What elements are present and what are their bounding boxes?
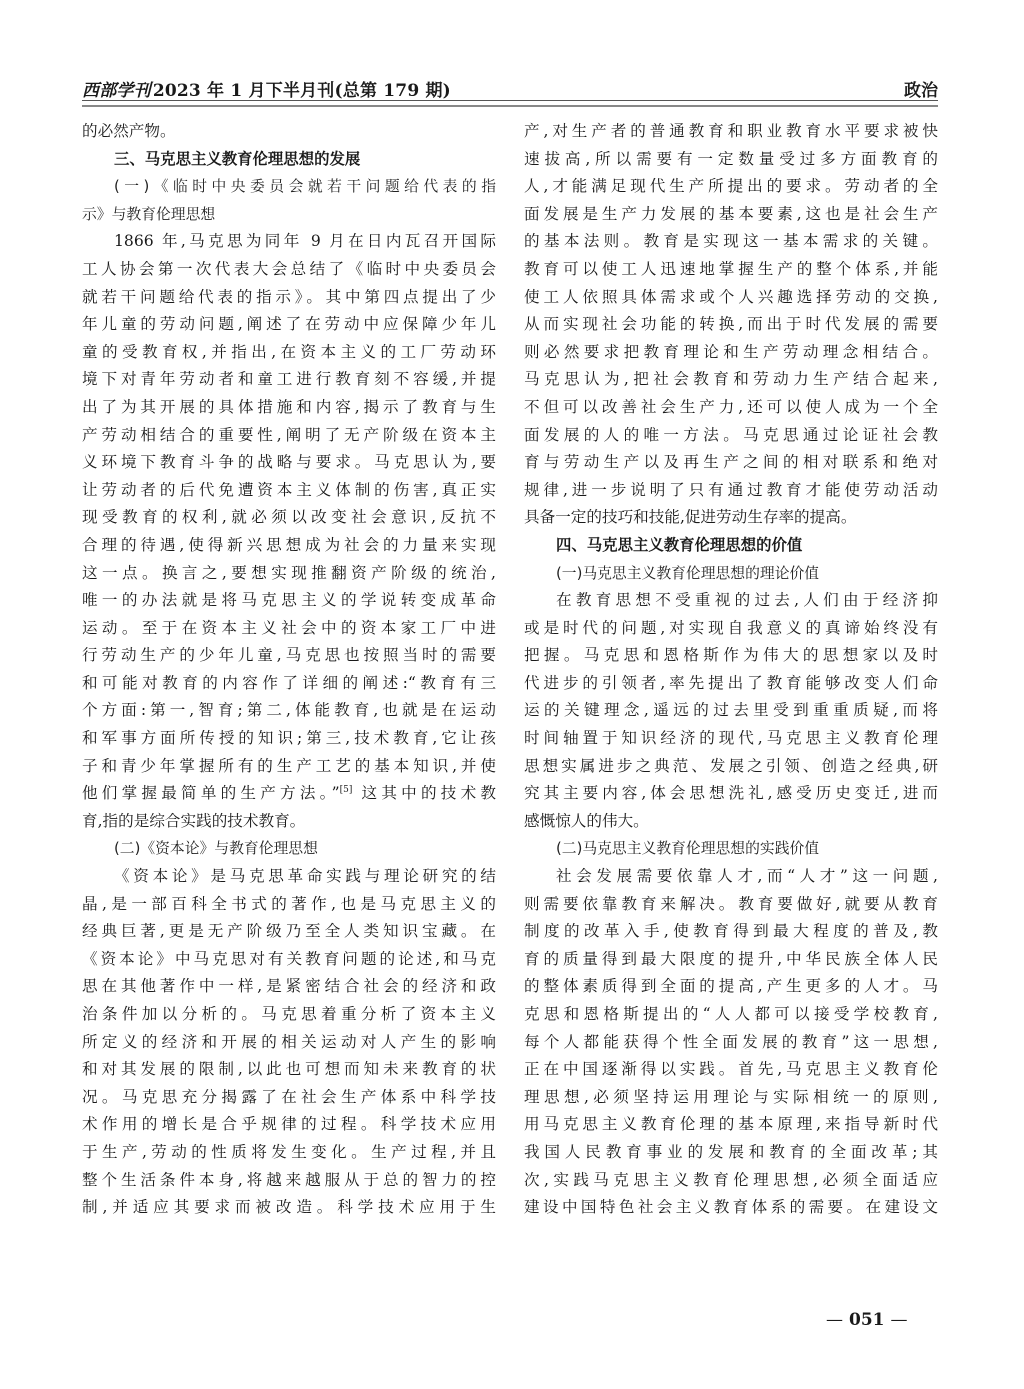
text-line: 《资本论》中马克思对有关教育问题的论述,和马克 [82, 946, 496, 974]
text-line: 他们掌握最简单的生产方法。”[5] 这其中的技术教 [82, 780, 496, 808]
text-line: 人,才能满足现代生产所提出的要求。劳动者的全 [524, 173, 938, 201]
text-line: 从而实现社会功能的转换,而出于时代发展的需要 [524, 311, 938, 339]
text-line: 的必然产物。 [82, 118, 496, 146]
text-line: 面发展是生产力发展的基本要素,这也是社会生产 [524, 201, 938, 229]
text-line: 思在其他著作中一样,是紧密结合社会的经济和政 [82, 973, 496, 1001]
text-line: 术作用的增长是合乎规律的过程。科学技术应用 [82, 1111, 496, 1139]
text-line: 治条件加以分析的。马克思着重分析了资本主义 [82, 1001, 496, 1029]
text-line: 思想实属进步之典范、发展之引领、创造之经典,研 [524, 753, 938, 781]
text-line: 经典巨著,更是无产阶级乃至全人类知识宝藏。在 [82, 918, 496, 946]
text-line: 育与劳动生产以及再生产之间的相对联系和绝对 [524, 449, 938, 477]
text-line: 代进步的引领者,率先提出了教育能够改变人们命 [524, 670, 938, 698]
text-line: 所定义的经济和开展的相关运动对人产生的影响 [82, 1029, 496, 1057]
text-line: 感慨惊人的伟大。 [524, 808, 938, 836]
text-line: 就若干问题给代表的指示》。其中第四点提出了少 [82, 284, 496, 312]
text-line: 社会发展需要依靠人才,而“人才”这一问题, [524, 863, 938, 891]
text-line: 我国人民教育事业的发展和教育的全面改革;其 [524, 1139, 938, 1167]
text-line: 时间轴置于知识经济的现代,马克思主义教育伦理 [524, 725, 938, 753]
text-line: 究其主要内容,体会思想洗礼,感受历史变迁,进而 [524, 780, 938, 808]
text-line: 童的受教育权,并指出,在资本主义的工厂劳动环 [82, 339, 496, 367]
text-line: 的整体素质得到全面的提高,产生更多的人才。马 [524, 973, 938, 1001]
text-line: 工人协会第一次代表大会总结了《临时中央委员会 [82, 256, 496, 284]
text-line: 制度的改革入手,使教育得到最大程度的普及,教 [524, 918, 938, 946]
section-heading: 三、马克思主义教育伦理思想的发展 [82, 146, 496, 174]
quote-text: 他们掌握最简单的生产方法。” [82, 784, 340, 802]
text-line: 则必然要求把教育理论和生产劳动理念相结合。 [524, 339, 938, 367]
text-line: 制,并适应其要求而被改造。科学技术应用于生 [82, 1194, 496, 1222]
text-line: 合理的待遇,使得新兴思想成为社会的力量来实现 [82, 532, 496, 560]
text-line: 产,对生产者的普通教育和职业教育水平要求被快 [524, 118, 938, 146]
text-line: 具备一定的技巧和技能,促进劳动生存率的提高。 [524, 504, 938, 532]
text-line: 面发展的人的唯一方法。马克思通过论证社会教 [524, 422, 938, 450]
text-line: 《资本论》是马克思革命实践与理论研究的结 [82, 863, 496, 891]
text-line: 建设中国特色社会主义教育体系的需要。在建设文 [524, 1194, 938, 1222]
text-line: 现受教育的权利,就必须以改变社会意识,反抗不 [82, 504, 496, 532]
text-line: 把握。马克思和恩格斯作为伟大的思想家以及时 [524, 642, 938, 670]
text-line: 于生产,劳动的性质将发生变化。生产过程,并且 [82, 1139, 496, 1167]
subsection-heading: 示》与教育伦理思想 [82, 201, 496, 229]
right-column: 产,对生产者的普通教育和职业教育水平要求被快速拔高,所以需要有一定数量受过多方面… [524, 118, 938, 1222]
journal-logo: 西部学刊 [82, 81, 151, 101]
text-line: 境下对青年劳动者和童工进行教育刻不容缓,并提 [82, 366, 496, 394]
text-line: 唯一的办法就是将马克思主义的学说转变成革命 [82, 587, 496, 615]
text-line: 速拔高,所以需要有一定数量受过多方面教育的 [524, 146, 938, 174]
left-column: 的必然产物。三、马克思主义教育伦理思想的发展(一)《临时中央委员会就若干问题给代… [82, 118, 496, 1222]
text-line: 克思和恩格斯提出的“人人都可以接受学校教育, [524, 1001, 938, 1029]
text-after-citation: 这其中的技术教 [362, 784, 496, 802]
text-line: 运的关键理念,遥远的过去里受到重重质疑,而将 [524, 697, 938, 725]
text-line: 和可能对教育的内容作了详细的阐述:“教育有三 [82, 670, 496, 698]
text-line: 让劳动者的后代免遭资本主义体制的伤害,真正实 [82, 477, 496, 505]
text-line: 年儿童的劳动问题,阐述了在劳动中应保障少年儿 [82, 311, 496, 339]
text-line: 义环境下教育斗争的战略与要求。马克思认为,要 [82, 449, 496, 477]
text-line: 这一点。换言之,要想实现推翻资产阶级的统治, [82, 560, 496, 588]
text-line: 使工人依照具体需求或个人兴趣选择劳动的交换, [524, 284, 938, 312]
text-line: 和军事方面所传授的知识;第三,技术教育,它让孩 [82, 725, 496, 753]
subsection-heading: (二)马克思主义教育伦理思想的实践价值 [524, 835, 938, 863]
text-line: 理思想,必须坚持运用理论与实际相统一的原则, [524, 1084, 938, 1112]
text-line: 整个生活条件本身,将越来越服从于总的智力的控 [82, 1167, 496, 1195]
text-line: 在教育思想不受重视的过去,人们由于经济抑 [524, 587, 938, 615]
text-line: 出了为其开展的具体措施和内容,揭示了教育与生 [82, 394, 496, 422]
text-line: 产劳动相结合的重要性,阐明了无产阶级在资本主 [82, 422, 496, 450]
section-heading: 四、马克思主义教育伦理思想的价值 [524, 532, 938, 560]
text-line: 子和青少年掌握所有的生产工艺的基本知识,并使 [82, 753, 496, 781]
text-line: 用马克思主义教育伦理的基本原理,来指导新时代 [524, 1111, 938, 1139]
dash-right: — [891, 1310, 908, 1330]
text-line: 或是时代的问题,对实现自我意义的真谛始终没有 [524, 615, 938, 643]
text-line: 不但可以改善社会生产力,还可以使人成为一个全 [524, 394, 938, 422]
text-line: 正在中国逐渐得以实践。首先,马克思主义教育伦 [524, 1056, 938, 1084]
text-line: 况。马克思充分揭露了在社会生产体系中科学技 [82, 1084, 496, 1112]
text-line: 的基本法则。教育是实现这一基本需求的关键。 [524, 228, 938, 256]
text-line: 个方面:第一,智育;第二,体能教育,也就是在运动 [82, 697, 496, 725]
page-footer: —051— [820, 1310, 914, 1330]
journal-issue-info: 西部学刊2023 年 1 月下半月刊(总第 179 期) [82, 76, 451, 101]
text-line: 和对其发展的限制,以此也可想而知未来教育的状 [82, 1056, 496, 1084]
dash-left: — [826, 1310, 843, 1330]
text-line: 运动。至于在资本主义社会中的资本家工厂中进 [82, 615, 496, 643]
text-line: 次,实践马克思主义教育伦理思想,必须全面适应 [524, 1167, 938, 1195]
subsection-heading: (一)《临时中央委员会就若干问题给代表的指 [82, 173, 496, 201]
text-line: 教育可以使工人迅速地掌握生产的整个体系,并能 [524, 256, 938, 284]
text-line: 1866 年,马克思为同年 9 月在日内瓦召开国际 [82, 228, 496, 256]
citation-reference: [5] [340, 785, 353, 795]
page-number: 051 [849, 1310, 885, 1330]
text-line: 则需要依靠教育来解决。教育要做好,就要从教育 [524, 891, 938, 919]
text-line: 马克思认为,把社会教育和劳动力生产结合起来, [524, 366, 938, 394]
text-line: 晶,是一部百科全书式的著作,也是马克思主义的 [82, 891, 496, 919]
section-label: 政治 [904, 76, 938, 101]
text-line: 育的质量得到最大限度的提升,中华民族全体人民 [524, 946, 938, 974]
text-line: 行劳动生产的少年儿童,马克思也按照当时的需要 [82, 642, 496, 670]
text-line: 育,指的是综合实践的技术教育。 [82, 808, 496, 836]
issue-label: 2023 年 1 月下半月刊(总第 179 期) [153, 81, 451, 101]
subsection-heading: (一)马克思主义教育伦理思想的理论价值 [524, 560, 938, 588]
header-rule [82, 100, 938, 107]
text-line: 规律,进一步说明了只有通过教育才能使劳动活动 [524, 477, 938, 505]
subsection-heading: (二)《资本论》与教育伦理思想 [82, 835, 496, 863]
text-line: 每个人都能获得个性全面发展的教育”这一思想, [524, 1029, 938, 1057]
